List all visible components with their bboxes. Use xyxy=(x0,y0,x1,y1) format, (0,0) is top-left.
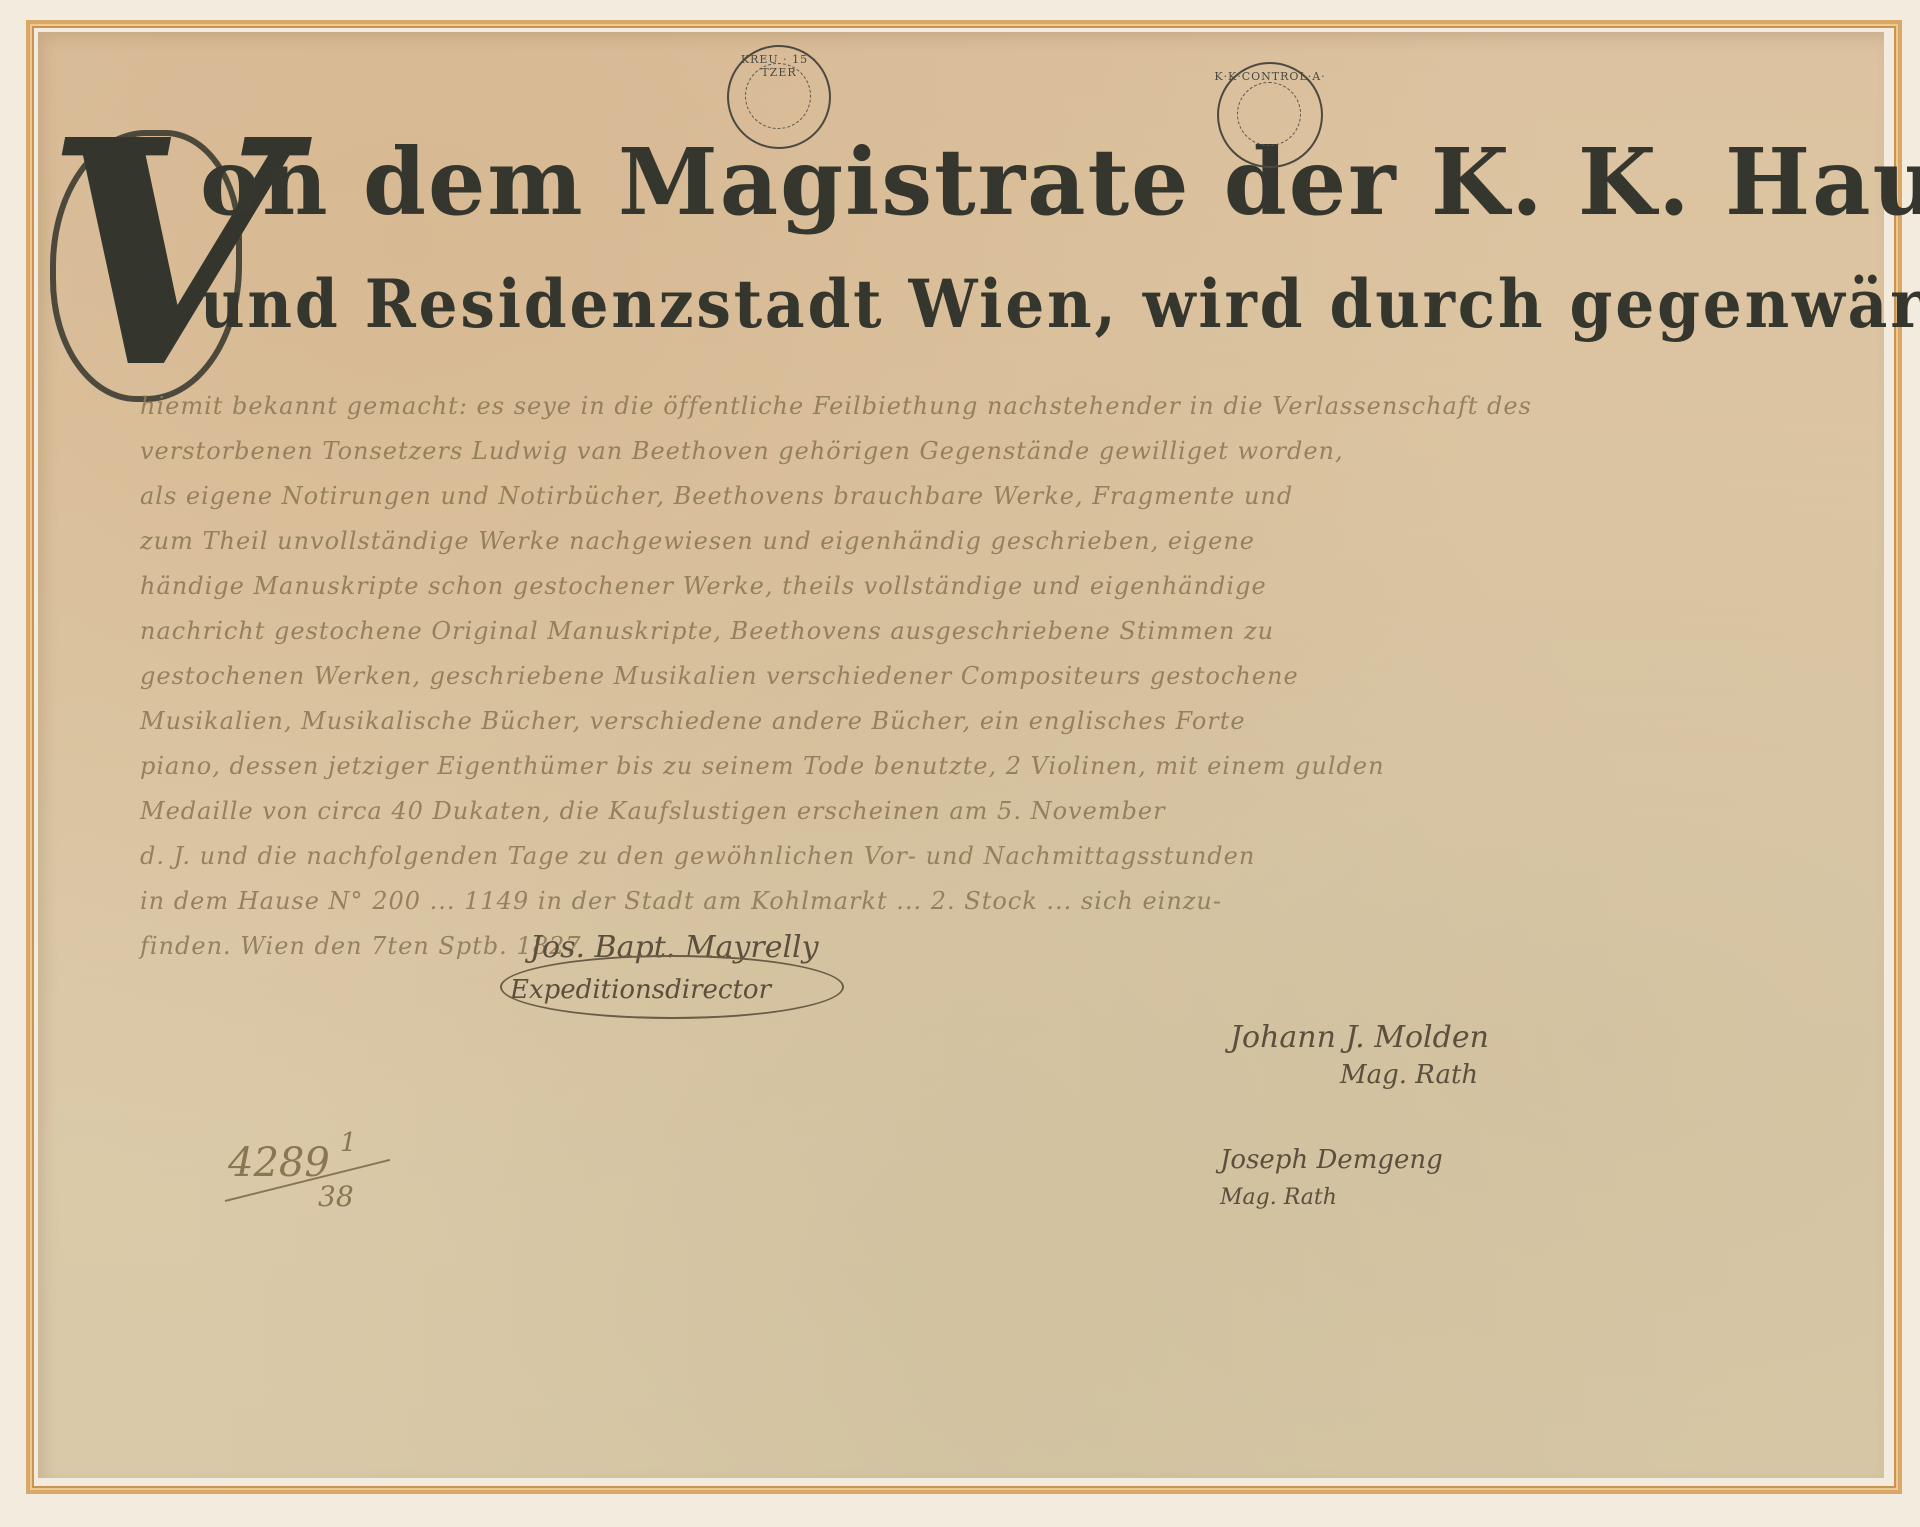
signature-name: Johann J. Molden xyxy=(1230,1020,1489,1055)
decorative-initial: V xyxy=(45,105,220,405)
reference-superscript: 1 xyxy=(340,1128,357,1158)
signature-title: Mag. Rath xyxy=(1220,1185,1337,1210)
handwritten-line: als eigene Notirungen und Notirbücher, B… xyxy=(140,482,1293,510)
signature-name: Joseph Demgeng xyxy=(1220,1145,1443,1175)
handwritten-line: Medaille von circa 40 Dukaten, die Kaufs… xyxy=(140,797,1166,825)
handwritten-date-line: finden. Wien den 7ten Sptb. 1827 xyxy=(140,932,582,960)
handwritten-line: hiemit bekannt gemacht: es seye in die ö… xyxy=(140,392,1532,420)
handwritten-line: nachricht gestochene Original Manuskript… xyxy=(140,617,1274,645)
signature-title: Mag. Rath xyxy=(1340,1060,1478,1090)
reference-denominator: 38 xyxy=(318,1180,354,1213)
handwritten-line: piano, dessen jetziger Eigenthümer bis z… xyxy=(140,752,1385,780)
handwritten-line: in dem Hause N° 200 ... 1149 in der Stad… xyxy=(140,887,1222,915)
kreuzer-stamp-icon: KREU · 15 · TZER xyxy=(727,45,831,149)
handwritten-line: gestochenen Werken, geschriebene Musikal… xyxy=(140,662,1299,690)
handwritten-line: Musikalien, Musikalische Bücher, verschi… xyxy=(140,707,1246,735)
signature-flourish-icon xyxy=(500,955,844,1019)
handwritten-line: verstorbenen Tonsetzers Ludwig van Beeth… xyxy=(140,437,1344,465)
heading-line-1: on dem Magistrate der K. K. Haupt= xyxy=(200,128,1920,236)
heading-line-2: und Residenzstadt Wien, wird durch gegen… xyxy=(200,265,1920,343)
handwritten-line: händige Manuskripte schon gestochener We… xyxy=(140,572,1267,600)
handwritten-line: d. J. und die nachfolgenden Tage zu den … xyxy=(140,842,1255,870)
control-stamp-icon: K·K·CONTROL·A· xyxy=(1217,62,1323,168)
handwritten-line: zum Theil unvollständige Werke nachgewie… xyxy=(140,527,1255,555)
